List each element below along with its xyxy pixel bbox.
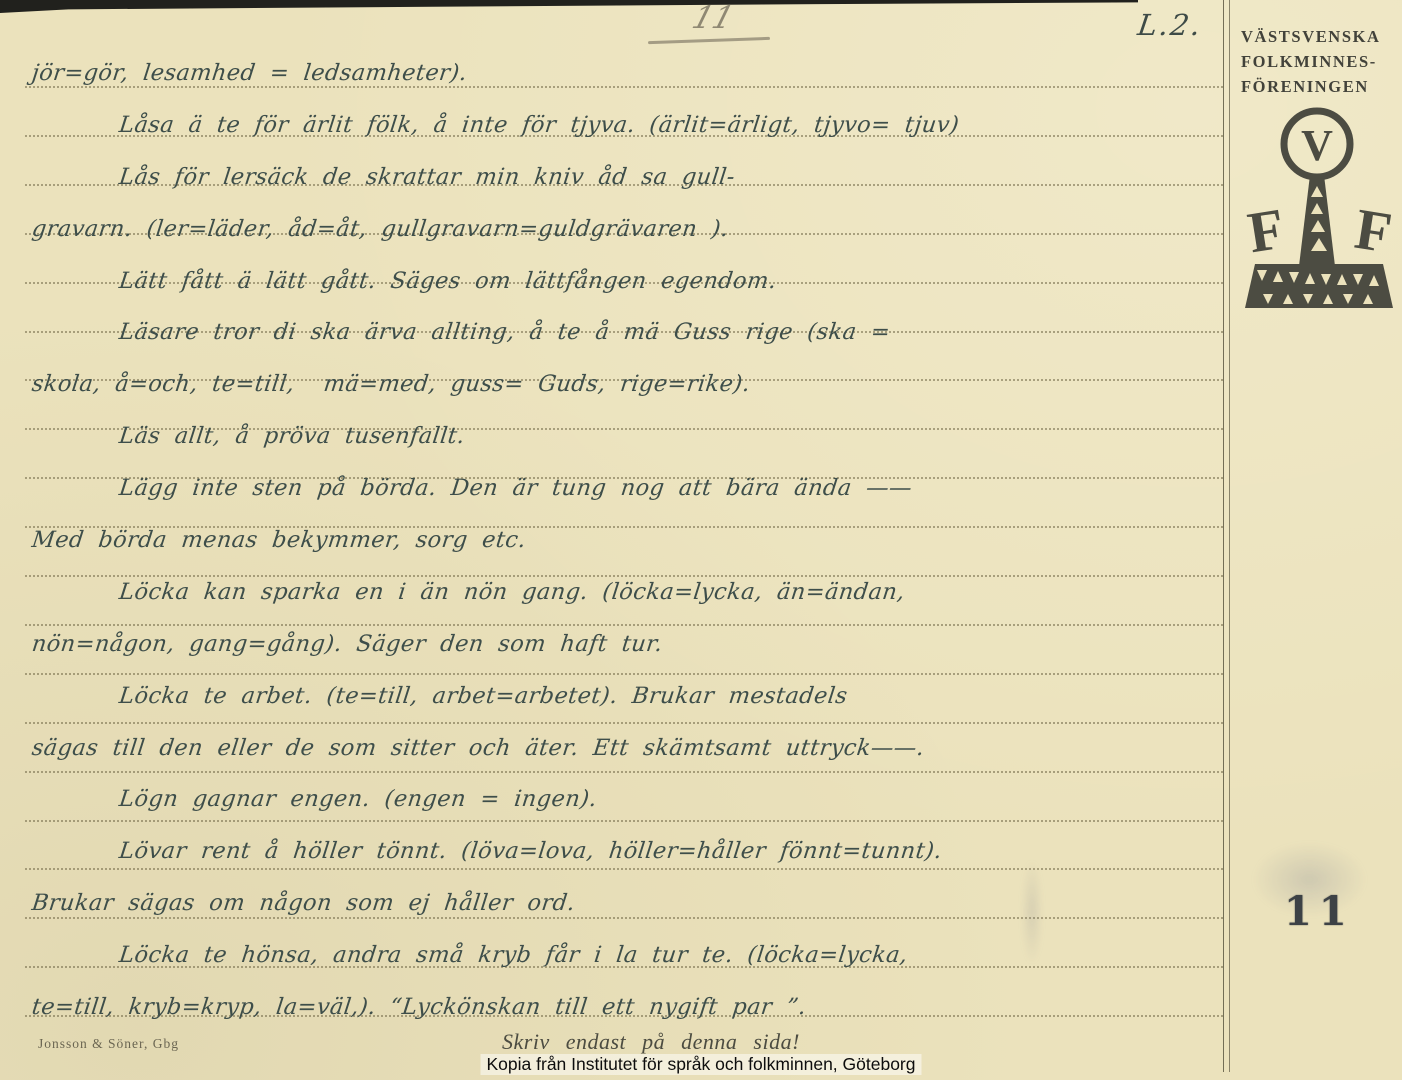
- manuscript-line: Brukar sägas om någon som ej håller ord.: [30, 867, 1230, 919]
- page-number-handwritten: 11: [663, 0, 763, 36]
- logo-f-left-letter: F: [1243, 196, 1288, 266]
- manuscript-line: sägas till den eller de som sitter och ä…: [30, 712, 1230, 764]
- page-number-stamp: 11: [1284, 888, 1354, 935]
- organization-name: VÄSTSVENSKA FOLKMINNES- FÖRENINGEN: [1241, 24, 1401, 99]
- manuscript-line: Löcka te hönsa, andra små kryb får i la …: [30, 919, 1230, 971]
- manuscript-line: Låsa ä te för ärlit fölk, å inte för tjy…: [30, 89, 1230, 141]
- manuscript-line: Lägg inte sten på börda. Den är tung nog…: [30, 452, 1230, 504]
- manuscript-line: Med börda menas bekymmer, sorg etc.: [30, 504, 1230, 556]
- organization-line-1: VÄSTSVENSKA: [1241, 24, 1401, 49]
- manuscript-line: Lövar rent å höller tönnt. (löva=lova, h…: [30, 815, 1230, 867]
- logo-v-letter: V: [1301, 121, 1333, 170]
- scan-edge: [0, 0, 1138, 13]
- write-only-this-side-instruction: Skriv endast på denna sida!: [502, 1029, 800, 1055]
- manuscript-text: jör=gör, lesamhed = ledsamheter). Låsa ä…: [30, 37, 1224, 1023]
- ink-smudge: [1022, 862, 1042, 962]
- vff-thor-hammer-logo: V F F: [1243, 102, 1395, 337]
- archive-copy-caption: Kopia från Institutet för språk och folk…: [481, 1054, 922, 1075]
- manuscript-line: skola, å=och, te=till, mä=med, guss= Gud…: [30, 348, 1230, 400]
- manuscript-line: Löcka te arbet. (te=till, arbet=arbetet)…: [30, 660, 1230, 712]
- organization-line-2: FOLKMINNES-: [1241, 49, 1401, 74]
- document-page: 11 L.2. VÄSTSVENSKA FOLKMINNES- FÖRENING…: [0, 0, 1402, 1080]
- printer-imprint: Jonsson & Söner, Gbg: [38, 1036, 179, 1052]
- logo-f-right-letter: F: [1351, 196, 1395, 266]
- manuscript-line: jör=gör, lesamhed = ledsamheter).: [30, 37, 1230, 89]
- manuscript-line: Löcka kan sparka en i än nön gang. (löck…: [30, 556, 1230, 608]
- manuscript-line: Läs allt, å pröva tusenfallt.: [30, 400, 1230, 452]
- manuscript-line: Lögn gagnar engen. (engen = ingen).: [30, 763, 1230, 815]
- manuscript-line: gravarn. (ler=läder, åd=åt, gullgravarn=…: [30, 193, 1230, 245]
- organization-line-3: FÖRENINGEN: [1241, 74, 1401, 99]
- manuscript-line: Läsare tror di ska ärva allting, å te å …: [30, 296, 1230, 348]
- manuscript-line: nön=någon, gang=gång). Säger den som haf…: [30, 608, 1230, 660]
- manuscript-line: te=till, kryb=kryp, la=väl,). “Lyckönska…: [30, 971, 1230, 1023]
- manuscript-line: Lätt fått ä lätt gått. Säges om lättfång…: [30, 245, 1230, 297]
- manuscript-line: Lås för lersäck de skrattar min kniv åd …: [30, 141, 1230, 193]
